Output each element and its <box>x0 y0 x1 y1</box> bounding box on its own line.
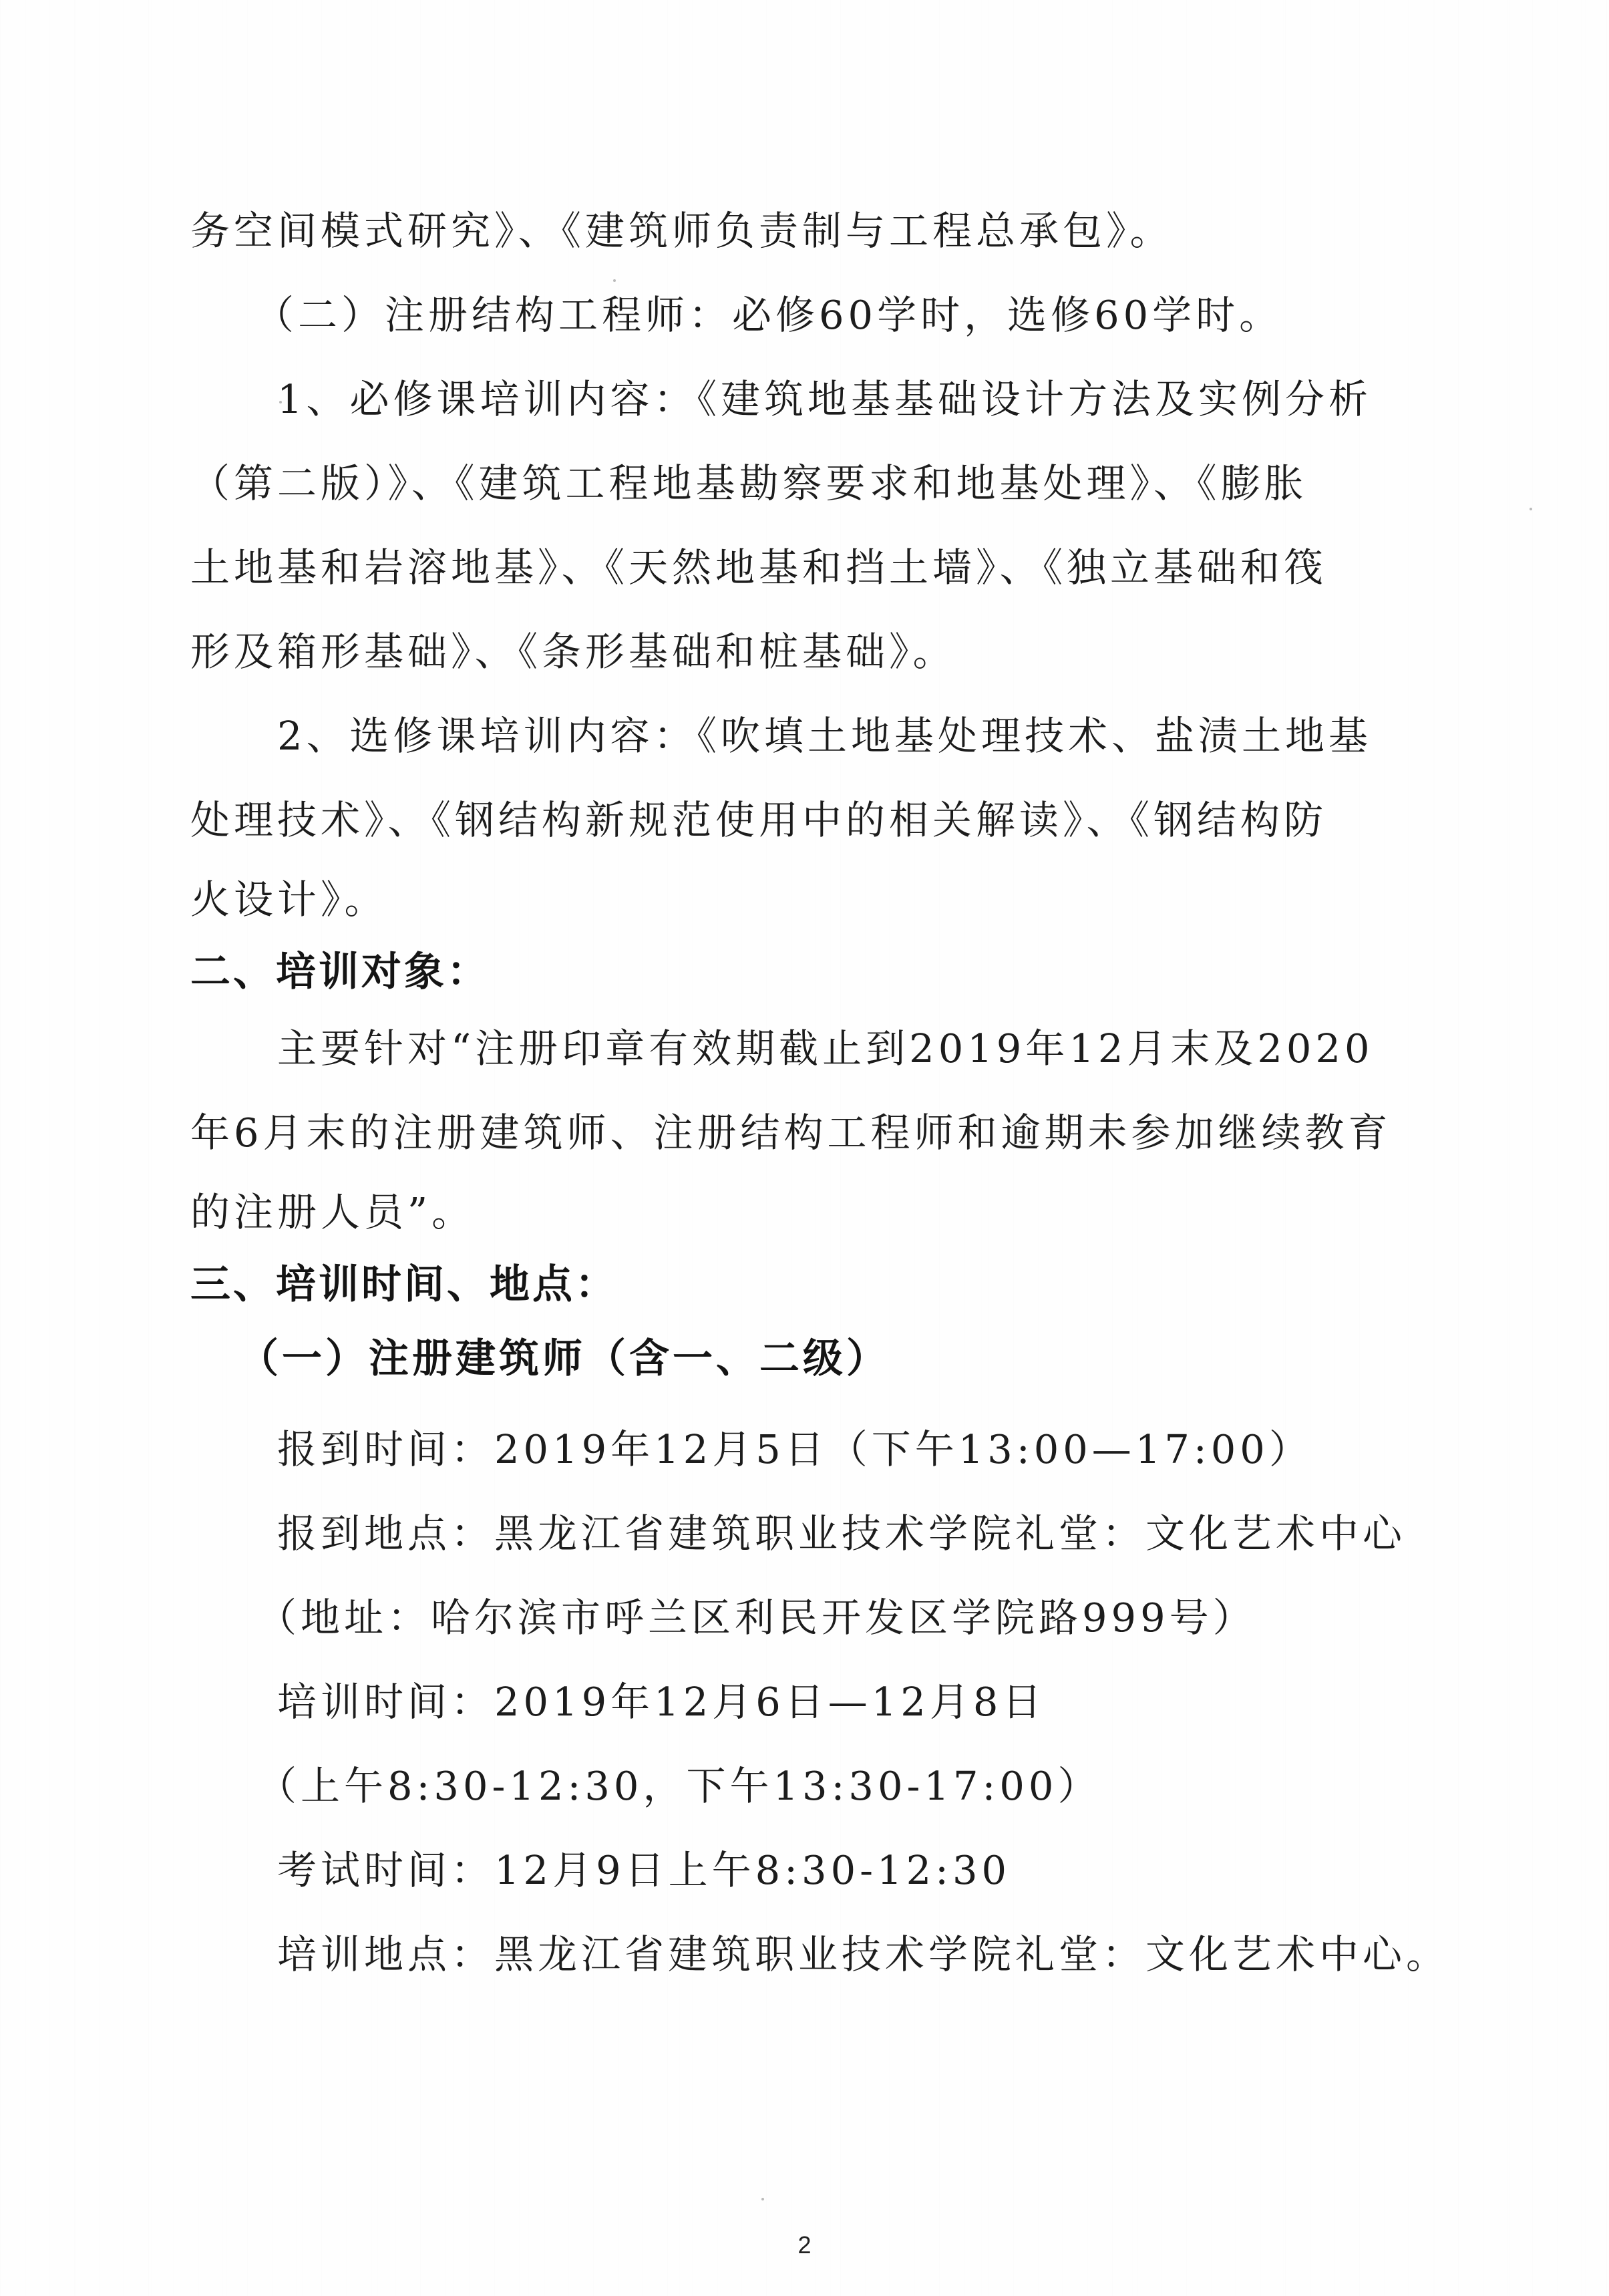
target-paragraph-line-2: 年6月末的注册建筑师、注册结构工程师和逾期未参加继续教育 <box>190 1091 1413 1175</box>
section-heading-time-location: 三、培训时间、地点： <box>190 1250 1413 1319</box>
section-heading-training-target: 二、培训对象： <box>190 937 1413 1007</box>
text-line-5: 土地基和岩溶地基》、《天然地基和挡土墙》、《独立基础和筏 <box>190 526 1413 610</box>
scan-speck <box>761 2198 764 2200</box>
registration-address: （地址：哈尔滨市呼兰区利民开发区学院路999号） <box>190 1576 1413 1660</box>
scan-speck <box>1530 508 1532 510</box>
page-number: 2 <box>0 2231 1609 2259</box>
registration-time: 报到时间：2019年12月5日（下午13:00—17:00） <box>190 1408 1413 1492</box>
text-line-6: 形及箱形基础》、《条形基础和桩基础》。 <box>190 610 1413 694</box>
required-courses-item: 1、必修课培训内容：《建筑地基基础设计方法及实例分析 <box>190 357 1413 442</box>
target-paragraph-line-1: 主要针对“注册印章有效期截止到2019年12月末及2020 <box>190 1007 1413 1091</box>
training-location: 培训地点：黑龙江省建筑职业技术学院礼堂：文化艺术中心。 <box>190 1913 1413 1997</box>
text-line-1: 务空间模式研究》、《建筑师负责制与工程总承包》。 <box>190 189 1413 273</box>
text-line-9: 火设计》。 <box>190 862 1413 937</box>
scan-speck <box>279 401 282 403</box>
training-time: 培训时间：2019年12月6日—12月8日 <box>190 1660 1413 1744</box>
registration-location: 报到地点：黑龙江省建筑职业技术学院礼堂：文化艺术中心 <box>190 1492 1413 1576</box>
text-line-4: （第二版）》、《建筑工程地基勘察要求和地基处理》、《膨胀 <box>190 442 1413 526</box>
exam-time: 考试时间：12月9日上午8:30-12:30 <box>190 1828 1413 1913</box>
document-body: 务空间模式研究》、《建筑师负责制与工程总承包》。 （二）注册结构工程师：必修60… <box>190 189 1413 1997</box>
subsection-heading-architect: （一）注册建筑师（含一、二级） <box>190 1319 1413 1398</box>
document-page: 务空间模式研究》、《建筑师负责制与工程总承包》。 （二）注册结构工程师：必修60… <box>0 0 1609 2296</box>
scan-speck <box>613 279 616 282</box>
text-line-8: 处理技术》、《钢结构新规范使用中的相关解读》、《钢结构防 <box>190 778 1413 862</box>
target-paragraph-line-3: 的注册人员”。 <box>190 1175 1413 1250</box>
training-hours: （上午8:30-12:30，下午13:30-17:00） <box>190 1744 1413 1828</box>
subsection-structural-engineer: （二）注册结构工程师：必修60学时，选修60学时。 <box>190 273 1413 357</box>
elective-courses-item: 2、选修课培训内容：《吹填土地基处理技术、盐渍土地基 <box>190 694 1413 778</box>
